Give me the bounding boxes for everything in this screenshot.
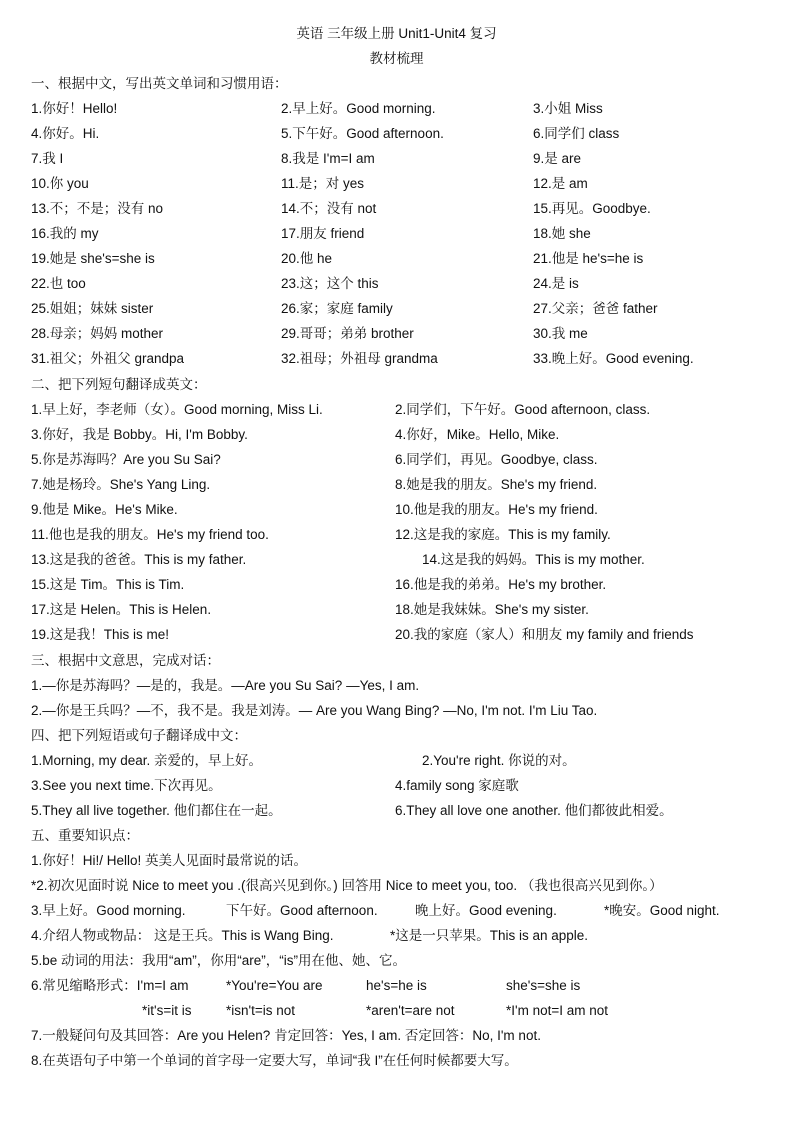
vocabulary-item: 16.我的 my [31, 225, 99, 243]
sentence-item: 19.这是我！This is me! [31, 626, 169, 644]
translation-item: 3.See you next time.下次再见。 [31, 777, 222, 795]
sentence-item: 11.他也是我的朋友。He's my friend too. [31, 526, 269, 544]
section-heading: 三、根据中文意思，完成对话： [31, 652, 220, 670]
vocabulary-item: 17.朋友 friend [281, 225, 364, 243]
translation-item: 6.They all love one another. 他们都彼此相爱。 [395, 802, 673, 820]
key-point: 8.在英语句子中第一个单词的首字母一定要大写，单词“我 I”在任何时候都要大写。 [31, 1052, 518, 1070]
key-point: he's=he is [366, 977, 427, 995]
vocabulary-item: 14.不；没有 not [281, 200, 376, 218]
key-point: 4.介绍人物或物品： 这是王兵。This is Wang Bing. [31, 927, 334, 945]
vocabulary-item: 12.是 am [533, 175, 588, 193]
vocabulary-item: 19.她是 she's=she is [31, 250, 155, 268]
sentence-item: 6.同学们，再见。Goodbye, class. [395, 451, 598, 469]
vocabulary-item: 13.不；不是；没有 no [31, 200, 163, 218]
vocabulary-item: 9.是 are [533, 150, 581, 168]
key-point: 7.一般疑问句及其回答：Are you Helen? 肯定回答：Yes, I a… [31, 1027, 541, 1045]
translation-item: 4.family song 家庭歌 [395, 777, 519, 795]
vocabulary-item: 21.他是 he's=he is [533, 250, 643, 268]
vocabulary-item: 33.晚上好。Good evening. [533, 350, 694, 368]
vocabulary-item: 15.再见。Goodbye. [533, 200, 651, 218]
vocabulary-item: 8.我是 I'm=I am [281, 150, 375, 168]
sentence-item: 14.这是我的妈妈。This is my mother. [422, 551, 645, 569]
sentence-item: 16.他是我的弟弟。He's my brother. [395, 576, 606, 594]
vocabulary-item: 3.小姐 Miss [533, 100, 603, 118]
vocabulary-item: 26.家；家庭 family [281, 300, 393, 318]
vocabulary-item: 10.你 you [31, 175, 89, 193]
sentence-item: 3.你好，我是 Bobby。Hi, I'm Bobby. [31, 426, 248, 444]
sentence-item: 2.同学们，下午好。Good afternoon, class. [395, 401, 650, 419]
vocabulary-item: 32.祖母；外祖母 grandma [281, 350, 438, 368]
vocabulary-item: 24.是 is [533, 275, 579, 293]
vocabulary-item: 7.我 I [31, 150, 63, 168]
section-heading: 一、根据中文，写出英文单词和习惯用语： [31, 75, 288, 93]
vocabulary-item: 28.母亲；妈妈 mother [31, 325, 163, 343]
sentence-item: 12.这是我的家庭。This is my family. [395, 526, 611, 544]
key-point: 6.常见缩略形式：I'm=I am [31, 977, 188, 995]
sentence-item: 20.我的家庭（家人）和朋友 my family and friends [395, 626, 694, 644]
vocabulary-item: 30.我 me [533, 325, 588, 343]
key-point: *it's=it is [142, 1002, 191, 1020]
section-heading: 四、把下列短语或句子翻译成中文： [31, 727, 247, 745]
sentence-item: 15.这是 Tim。This is Tim. [31, 576, 184, 594]
translation-item: 2.You're right. 你说的对。 [422, 752, 576, 770]
vocabulary-item: 25.姐姐；妹妹 sister [31, 300, 153, 318]
key-point: she's=she is [506, 977, 580, 995]
vocabulary-item: 2.早上好。Good morning. [281, 100, 436, 118]
key-point: *2.初次见面时说 Nice to meet you .(很高兴见到你。) 回答… [31, 877, 663, 895]
sentence-item: 9.他是 Mike。He's Mike. [31, 501, 178, 519]
vocabulary-item: 1.你好！Hello! [31, 100, 117, 118]
vocabulary-item: 29.哥哥；弟弟 brother [281, 325, 414, 343]
vocabulary-item: 11.是；对 yes [281, 175, 364, 193]
vocabulary-item: 27.父亲；爸爸 father [533, 300, 658, 318]
key-point: 下午好。Good afternoon. [226, 902, 378, 920]
sentence-item: 13.这是我的爸爸。This is my father. [31, 551, 246, 569]
dialogue-item: 2.—你是王兵吗？—不，我不是。我是刘涛。— Are you Wang Bing… [31, 702, 597, 720]
translation-item: 1.Morning, my dear. 亲爱的，早上好。 [31, 752, 262, 770]
document-title: 英语 三年级上册 Unit1-Unit4 复习 [0, 25, 793, 43]
sentence-item: 18.她是我妹妹。She's my sister. [395, 601, 589, 619]
dialogue-item: 1.—你是苏海吗？—是的，我是。—Are you Su Sai? —Yes, I… [31, 677, 419, 695]
key-point: 1.你好！Hi!/ Hello! 英美人见面时最常说的话。 [31, 852, 307, 870]
section-heading: 五、重要知识点： [31, 827, 139, 845]
key-point: 晚上好。Good evening. [415, 902, 557, 920]
key-point: *I'm not=I am not [506, 1002, 608, 1020]
vocabulary-item: 20.他 he [281, 250, 332, 268]
vocabulary-item: 4.你好。Hi. [31, 125, 99, 143]
key-point: *You're=You are [226, 977, 323, 995]
vocabulary-item: 23.这；这个 this [281, 275, 379, 293]
sentence-item: 8.她是我的朋友。She's my friend. [395, 476, 597, 494]
key-point: *晚安。Good night. [604, 902, 720, 920]
sentence-item: 5.你是苏海吗？Are you Su Sai? [31, 451, 221, 469]
sentence-item: 17.这是 Helen。This is Helen. [31, 601, 211, 619]
document-subtitle: 教材梳理 [0, 50, 793, 68]
section-heading: 二、把下列短句翻译成英文： [31, 376, 207, 394]
vocabulary-item: 5.下午好。Good afternoon. [281, 125, 444, 143]
sentence-item: 7.她是杨玲。She's Yang Ling. [31, 476, 210, 494]
vocabulary-item: 18.她 she [533, 225, 591, 243]
vocabulary-item: 6.同学们 class [533, 125, 619, 143]
sentence-item: 4.你好，Mike。Hello, Mike. [395, 426, 559, 444]
sentence-item: 10.他是我的朋友。He's my friend. [395, 501, 598, 519]
translation-item: 5.They all live together. 他们都住在一起。 [31, 802, 282, 820]
key-point: *aren't=are not [366, 1002, 455, 1020]
vocabulary-item: 22.也 too [31, 275, 86, 293]
key-point: *isn't=is not [226, 1002, 295, 1020]
vocabulary-item: 31.祖父；外祖父 grandpa [31, 350, 184, 368]
key-point: 3.早上好。Good morning. [31, 902, 186, 920]
key-point: 5.be 动词的用法：我用“am”，你用“are”，“is”用在他、她、它。 [31, 952, 406, 970]
sentence-item: 1.早上好，李老师（女）。Good morning, Miss Li. [31, 401, 323, 419]
key-point: *这是一只苹果。This is an apple. [390, 927, 588, 945]
